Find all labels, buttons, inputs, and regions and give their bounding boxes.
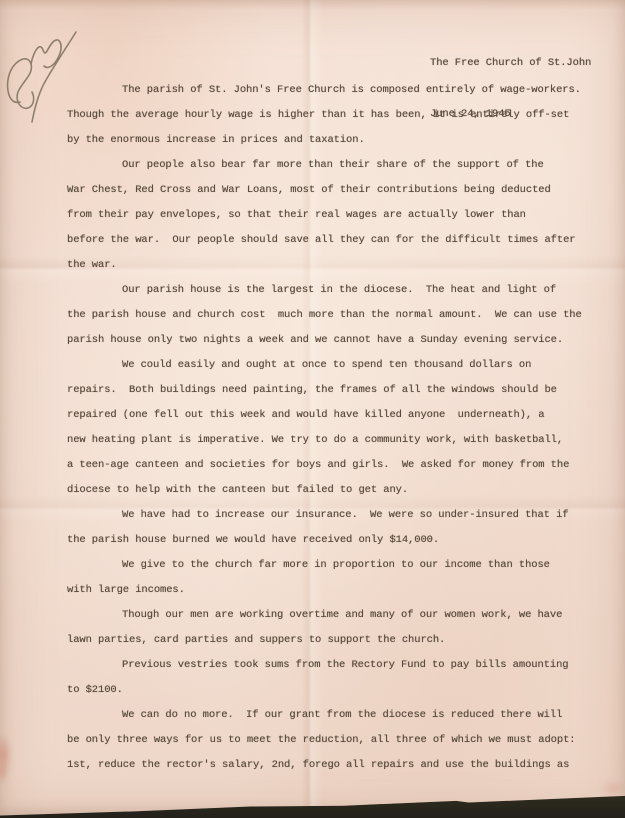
typed-line: the parish house and church cost much mo… — [67, 303, 582, 328]
typed-line: from their pay envelopes, so that their … — [67, 203, 582, 228]
typed-line: a teen-age canteen and societies for boy… — [67, 453, 582, 478]
typed-line: diocese to help with the canteen but fai… — [67, 478, 582, 503]
typed-line: Though our men are working overtime and … — [67, 603, 582, 628]
typed-line: 1st, reduce the rector's salary, 2nd, fo… — [67, 753, 582, 778]
typed-line: The parish of St. John's Free Church is … — [67, 78, 582, 103]
typed-line: Though the average hourly wage is higher… — [67, 103, 582, 128]
typed-line: Previous vestries took sums from the Rec… — [67, 653, 582, 678]
typed-line: We give to the church far more in propor… — [67, 553, 582, 578]
paper-smudge — [600, 780, 625, 796]
letter-body: The parish of St. John's Free Church is … — [67, 78, 582, 778]
typed-line: by the enormous increase in prices and t… — [67, 128, 582, 153]
letter-page: The Free Church of St.John June 24, 1945… — [0, 0, 625, 818]
letter-organization: The Free Church of St.John — [430, 55, 591, 72]
typed-line: with large incomes. — [67, 578, 582, 603]
typed-line: War Chest, Red Cross and War Loans, most… — [67, 178, 582, 203]
typed-line: Our parish house is the largest in the d… — [67, 278, 582, 303]
typed-line: We can do no more. If our grant from the… — [67, 703, 582, 728]
typed-line: new heating plant is imperative. We try … — [67, 428, 582, 453]
typed-line: We have had to increase our insurance. W… — [67, 503, 582, 528]
typed-line: lawn parties, card parties and suppers t… — [67, 628, 582, 653]
typed-line: parish house only two nights a week and … — [67, 328, 582, 353]
typed-line: before the war. Our people should save a… — [67, 228, 582, 253]
typed-line: repaired (one fell out this week and wou… — [67, 403, 582, 428]
typed-line: to $2100. — [67, 678, 582, 703]
typed-line: Our people also bear far more than their… — [67, 153, 582, 178]
typed-line: the war. — [67, 253, 582, 278]
typed-line: be only three ways for us to meet the re… — [67, 728, 582, 753]
typed-line: repairs. Both buildings need painting, t… — [67, 378, 582, 403]
typed-line: the parish house burned we would have re… — [67, 528, 582, 553]
typed-line: We could easily and ought at once to spe… — [67, 353, 582, 378]
